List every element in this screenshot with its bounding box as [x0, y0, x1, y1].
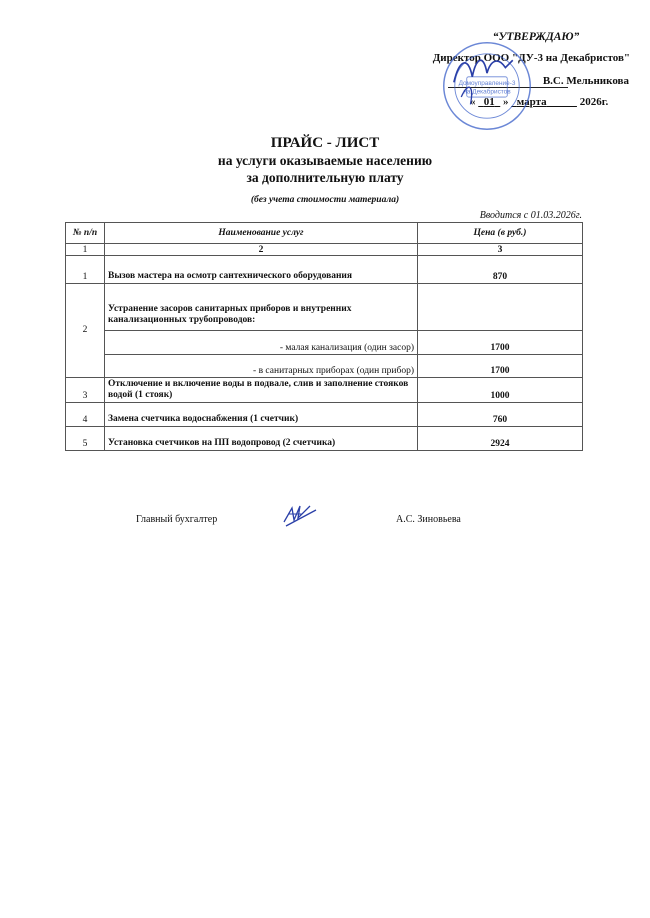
table-subrow: - малая канализация (один засор) 1700 [66, 331, 583, 355]
table-row: 2 Устранение засоров санитарных приборов… [66, 284, 583, 331]
company-stamp-icon: Домоуправление-3 на Декабристов [441, 40, 533, 132]
column-number-row: 1 2 3 [66, 244, 583, 256]
price-table: № п/п Наименование услуг Цена (в руб.) 1… [65, 222, 583, 451]
column-number-3: 3 [418, 244, 583, 256]
document-title: ПРАЙС - ЛИСТ [0, 135, 650, 152]
date-year: 2026г. [580, 96, 609, 108]
table-header-row: № п/п Наименование услуг Цена (в руб.) [66, 223, 583, 244]
row-service: Вызов мастера на осмотр сантехнического … [105, 256, 418, 284]
row-number: 5 [66, 427, 105, 451]
row-number: 1 [66, 256, 105, 284]
row-number: 3 [66, 378, 105, 403]
table-subrow: - в санитарных приборах (один прибор) 17… [66, 355, 583, 378]
subrow-service: - в санитарных приборах (один прибор) [105, 355, 418, 378]
row-price: 1000 [418, 378, 583, 403]
document-subtitle-line1: на услуги оказываемые населению [0, 153, 650, 169]
row-number: 4 [66, 403, 105, 427]
document-subtitle-line2: за дополнительную плату [0, 170, 650, 186]
accountant-signature-icon [280, 500, 320, 530]
row-price: 2924 [418, 427, 583, 451]
subrow-price: 1700 [418, 331, 583, 355]
column-number-1: 1 [66, 244, 105, 256]
row-service: Установка счетчиков на ПП водопровод (2 … [105, 427, 418, 451]
table-row: 3 Отключение и включение воды в подвале,… [66, 378, 583, 403]
table-row: 4 Замена счетчика водоснабжения (1 счетч… [66, 403, 583, 427]
effective-date: Вводится с 01.03.2026г. [380, 210, 582, 221]
header-price: Цена (в руб.) [418, 223, 583, 244]
accountant-name: А.С. Зиновьева [396, 514, 461, 525]
table-row: 1 Вызов мастера на осмотр сантехническог… [66, 256, 583, 284]
row-price: 870 [418, 256, 583, 284]
column-number-2: 2 [105, 244, 418, 256]
svg-text:Домоуправление-3: Домоуправление-3 [459, 80, 516, 87]
row-price: 760 [418, 403, 583, 427]
row-service: Устранение засоров санитарных приборов и… [105, 284, 418, 331]
header-service: Наименование услуг [105, 223, 418, 244]
row-price [418, 284, 583, 331]
material-note: (без учета стоимости материала) [0, 195, 650, 205]
accountant-role: Главный бухгалтер [136, 514, 217, 525]
row-service: Отключение и включение воды в подвале, с… [105, 378, 418, 403]
subrow-service: - малая канализация (один засор) [105, 331, 418, 355]
row-service: Замена счетчика водоснабжения (1 счетчик… [105, 403, 418, 427]
table-row: 5 Установка счетчиков на ПП водопровод (… [66, 427, 583, 451]
subrow-price: 1700 [418, 355, 583, 378]
header-number: № п/п [66, 223, 105, 244]
row-number: 2 [66, 284, 105, 378]
